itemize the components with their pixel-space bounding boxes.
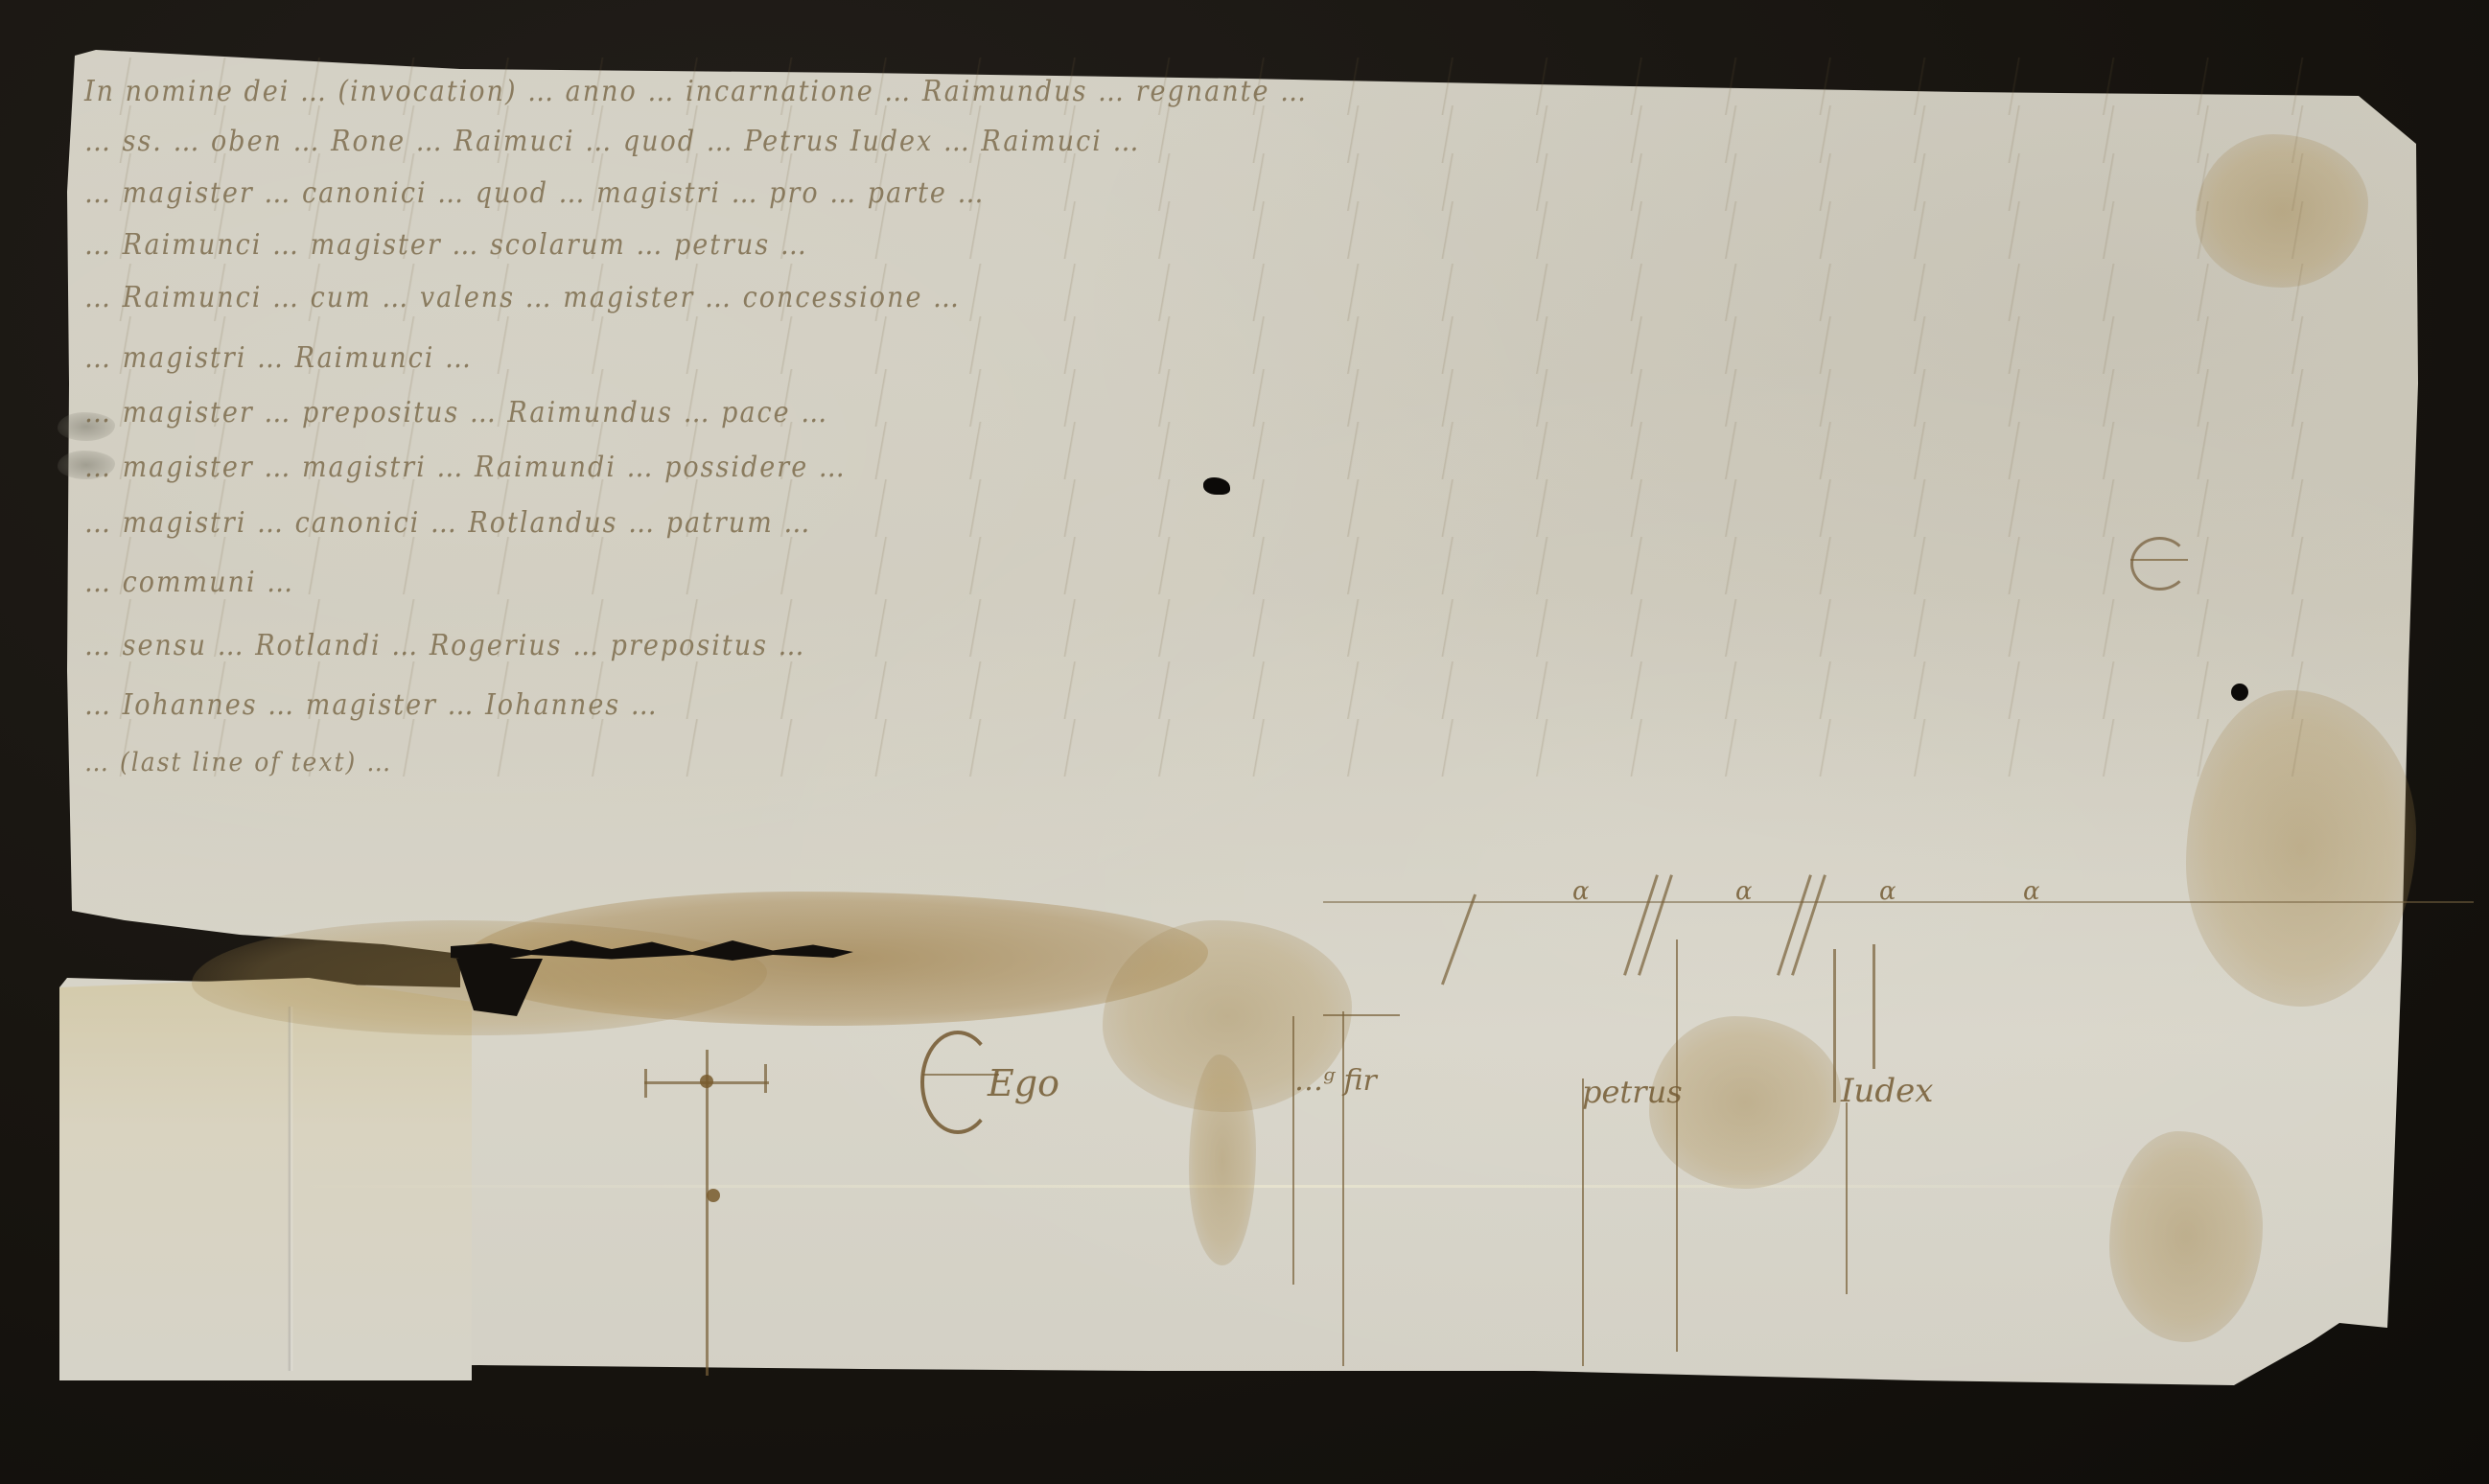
subscription-ego: Ego xyxy=(988,1062,1059,1104)
text-line: … communi … xyxy=(84,566,294,598)
text-line: … sensu … Rotlandi … Rogerius … preposit… xyxy=(84,629,806,661)
text-line: … Raimunci … magister … scolarum … petru… xyxy=(84,228,808,261)
cross-terminal xyxy=(764,1064,767,1093)
vertical-crease xyxy=(288,1007,293,1371)
text-line: … (last line of text) … xyxy=(84,747,392,777)
subscription-iudex: Iudex xyxy=(1841,1072,1933,1110)
text-line: … Raimunci … cum … valens … magister … c… xyxy=(84,281,961,313)
ego-initial-e xyxy=(920,1031,995,1134)
signum-monogram-icon xyxy=(2130,537,2189,591)
monogram-bar xyxy=(2130,559,2188,561)
iudex-ascender xyxy=(1873,944,1875,1069)
subscription-stem xyxy=(1846,1102,1848,1294)
subscription-firmatio: …ᵍ fir xyxy=(1294,1064,1377,1098)
subscription-stem xyxy=(1676,939,1678,1352)
ruling-mark: ɑ xyxy=(2023,877,2040,906)
cross-signum-stem xyxy=(706,1050,709,1376)
subscription-petrus: petrus xyxy=(1582,1074,1683,1110)
text-line: … Iohannes … magister … Iohannes … xyxy=(84,688,659,721)
ruling-mark: ɑ xyxy=(1879,877,1896,906)
text-line: … magistri … canonici … Rotlandus … patr… xyxy=(84,506,811,539)
ruling-mark: ɑ xyxy=(1735,877,1753,906)
text-line: In nomine dei … (invocation) … anno … in… xyxy=(84,75,1308,107)
cross-terminal xyxy=(644,1069,647,1098)
cross-knot xyxy=(700,1075,713,1088)
subscription-stem xyxy=(1292,1016,1294,1285)
subscription-bar xyxy=(1323,1014,1400,1016)
subscription-stem xyxy=(1582,1078,1584,1366)
ruling-line xyxy=(1323,901,2474,903)
horizontal-fold xyxy=(288,1185,2301,1188)
photo-stage: In nomine dei … (invocation) … anno … in… xyxy=(0,0,2489,1484)
cross-knot xyxy=(707,1189,720,1202)
iudex-ascender xyxy=(1833,949,1836,1102)
ruling-mark: ɑ xyxy=(1572,877,1590,906)
